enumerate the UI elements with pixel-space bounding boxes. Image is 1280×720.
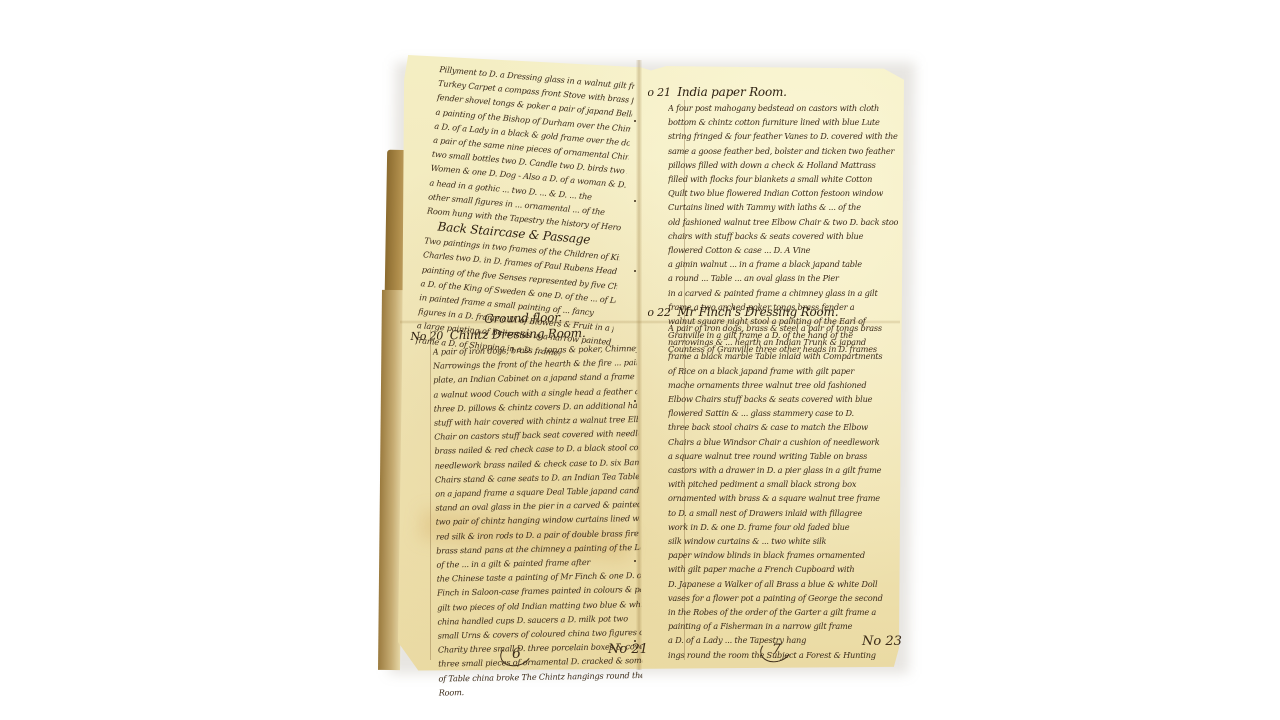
text-line: castors with a drawer in D. a pier glass…: [668, 463, 898, 477]
text-line: Chairs a blue Windsor Chair a cushion of…: [668, 435, 898, 449]
text-line: A four post mahogany bedstead on castors…: [668, 101, 898, 115]
text-line: with pitched pediment a small black stro…: [668, 477, 898, 491]
room-title: India paper Room.: [677, 85, 786, 99]
text-line: filled with flocks four blankets a small…: [668, 172, 898, 186]
text-line: in a carved & painted frame a chimney gl…: [668, 286, 898, 300]
photo-stage: Pillyment to D. a Dressing glass in a wa…: [0, 0, 1280, 720]
text-line: pillows filled with down a check & Holla…: [668, 158, 898, 172]
margin-mark: [634, 270, 636, 272]
text-line: same a goose feather bed, bolster and ti…: [668, 144, 898, 158]
text-line: of Rice on a black japand frame with gil…: [668, 364, 898, 378]
text-line: mache ornaments three walnut tree old fa…: [668, 378, 898, 392]
margin-mark: [634, 560, 636, 562]
text-line: with gilt paper mache a French Cupboard …: [668, 562, 898, 576]
catchword-right: No 23: [862, 634, 902, 649]
text-line: paper window blinds in black frames orna…: [668, 548, 898, 562]
text-line: in the Robes of the order of the Garter …: [668, 605, 898, 619]
text-line: ornamented with brass & a square walnut …: [668, 491, 898, 505]
text-line: D. Japanese a Walker of all Brass a blue…: [668, 577, 898, 591]
page-number-right: 7: [772, 642, 781, 658]
text-line: string fringed & four feather Vanes to D…: [668, 129, 898, 143]
section-heading-21: No 21 India paper Room.: [648, 84, 898, 101]
text-line: painting of a Fisherman in a narrow gilt…: [668, 619, 898, 633]
text-line: work in D. & one D. frame four old faded…: [668, 520, 898, 534]
right-page-lower: No 22 Mr Finch's Dressing Room. A pair o…: [648, 304, 898, 662]
text-line: a square walnut tree round writing Table…: [668, 449, 898, 463]
text-line: A pair of iron dogs, brass & steel a pai…: [668, 321, 898, 335]
text-line: narrowings & ... hearth an Indian Trunk …: [668, 335, 898, 349]
text-line: chairs with stuff backs & seats covered …: [668, 229, 898, 243]
margin-mark: [634, 200, 636, 202]
text-line: flowered Cotton & case ... D. A Vine: [668, 243, 898, 257]
text-line: a round ... Table ... an oval glass in t…: [668, 271, 898, 285]
room-title: Chintz Dressing Room.: [450, 326, 586, 342]
text-line: three back stool chairs & case to match …: [668, 420, 898, 434]
text-line: Curtains lined with Tammy with laths & .…: [668, 200, 898, 214]
margin-mark: [634, 120, 636, 122]
text-line: silk window curtains & ... two white sil…: [668, 534, 898, 548]
room-number: No 21: [648, 86, 671, 99]
text-line: bottom & chintz cotton furniture lined w…: [668, 115, 898, 129]
catchword-left: No 21: [608, 642, 648, 657]
section-heading-22: No 22 Mr Finch's Dressing Room.: [648, 304, 898, 321]
text-line: frame a black marble Table inlaid with C…: [668, 349, 898, 363]
text-line: Elbow Chairs stuff backs & seats covered…: [668, 392, 898, 406]
room-title: Mr Finch's Dressing Room.: [677, 305, 838, 319]
page-number-left: 6: [512, 646, 521, 662]
text-line: vases for a flower pot a painting of Geo…: [668, 591, 898, 605]
text-line: Quilt two blue flowered Indian Cotton fe…: [668, 186, 898, 200]
text-line: a gimin walnut ... in a frame a black ja…: [668, 257, 898, 271]
room-number: No 22: [648, 306, 671, 319]
text-line: to D. a small nest of Drawers inlaid wit…: [668, 506, 898, 520]
room-number: No 20: [410, 329, 443, 343]
margin-mark: [634, 400, 636, 402]
text-line: old fashioned walnut tree Elbow Chair & …: [668, 215, 898, 229]
text-line: flowered Sattin & ... glass stammery cas…: [668, 406, 898, 420]
